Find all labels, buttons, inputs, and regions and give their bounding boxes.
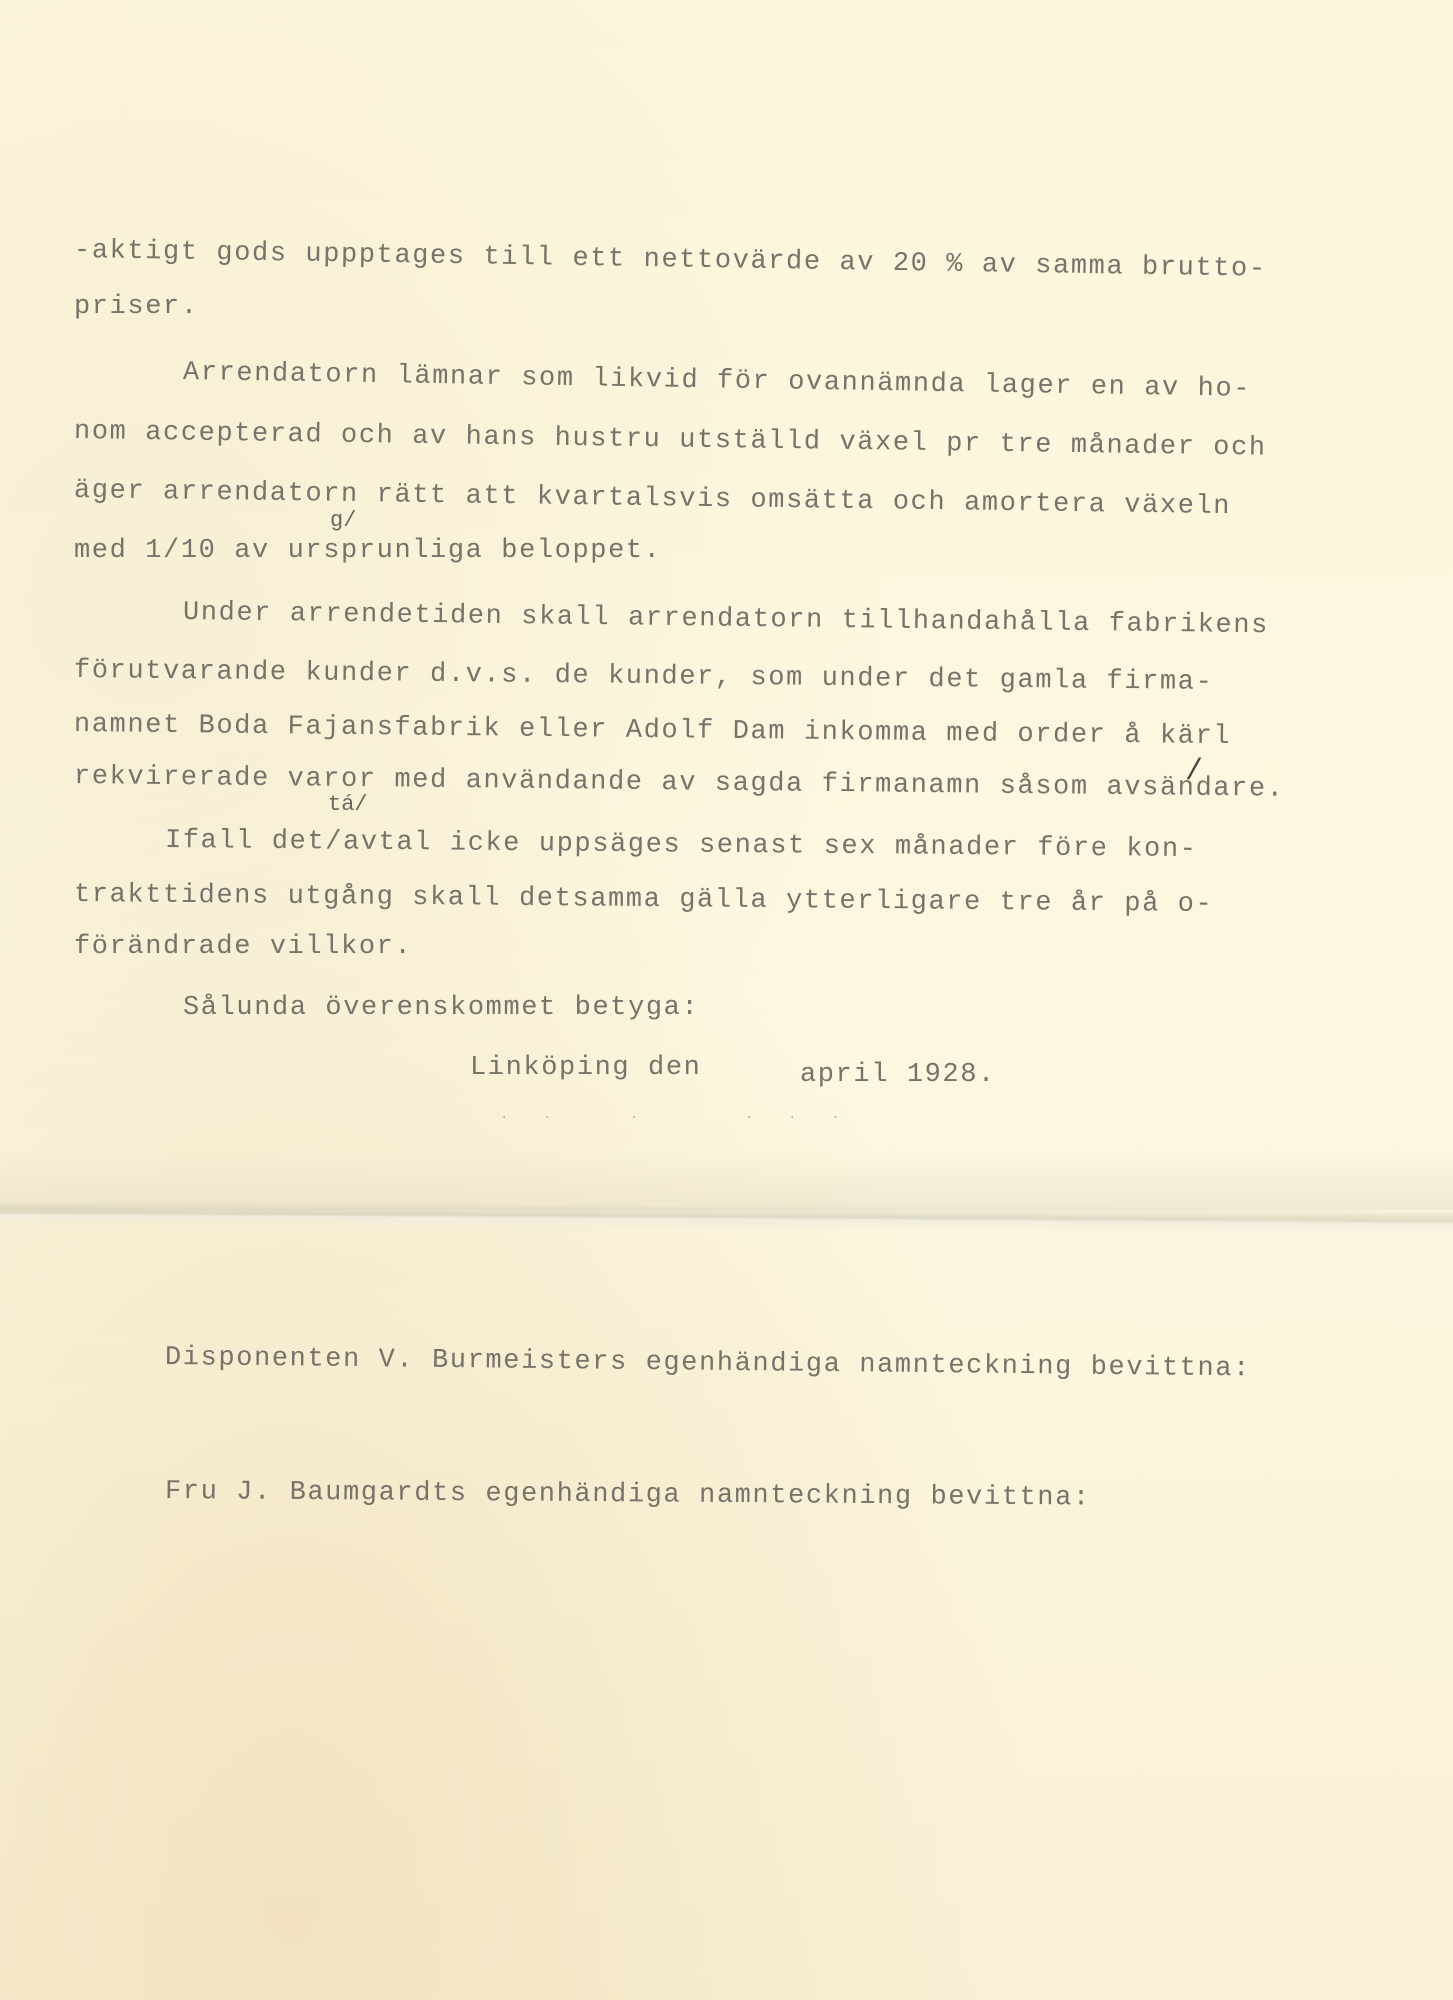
- paragraph-kunder-line-4: rekvirerade varor med användande av sagd…: [74, 762, 1285, 805]
- paragraph-avtal-line-2: trakttidens utgång skall detsamma gälla …: [74, 880, 1214, 920]
- insertion-g: g/: [330, 508, 356, 533]
- place-label: Linköping den: [470, 1053, 701, 1083]
- witness-line-burmeister: Disponenten V. Burmeisters egenhändiga n…: [165, 1343, 1251, 1384]
- paragraph-likvid-line-1: Arrendatorn lämnar som likvid för ovannä…: [183, 358, 1252, 405]
- paragraph-kunder-line-2: förutvarande kunder d.v.s. de kunder, so…: [74, 656, 1214, 698]
- paragraph-likvid-line-3: äger arrendatorn rätt att kvartalsvis om…: [74, 476, 1231, 522]
- paragraph-likvid-line-4: med 1/10 av ursprunliga beloppet.: [74, 536, 662, 566]
- witness-line-baumgardt: Fru J. Baumgardts egenhändiga namnteckni…: [165, 1477, 1091, 1513]
- faint-dots: · · · · · ·: [500, 1110, 846, 1126]
- date-value: april 1928.: [800, 1060, 996, 1090]
- insertion-ta: tá/: [328, 792, 368, 817]
- paragraph-kunder-line-3: namnet Boda Fajansfabrik eller Adolf Dam…: [74, 710, 1231, 752]
- paragraph-likvid-line-2: nom accepterad och av hans hustru utstäl…: [74, 417, 1267, 464]
- paragraph-kunder-line-1: Under arrendetiden skall arrendatorn til…: [183, 598, 1269, 641]
- paragraph-avtal-line-1: Ifall det/avtal icke uppsäges senast sex…: [165, 826, 1198, 865]
- paragraph-avtal-line-3: förändrade villkor.: [74, 932, 412, 962]
- closing-statement: Sålunda överenskommet betyga:: [183, 993, 699, 1023]
- body-line-2: priser.: [74, 292, 199, 322]
- body-line-1: -aktigt gods uppptages till ett nettovär…: [74, 236, 1267, 285]
